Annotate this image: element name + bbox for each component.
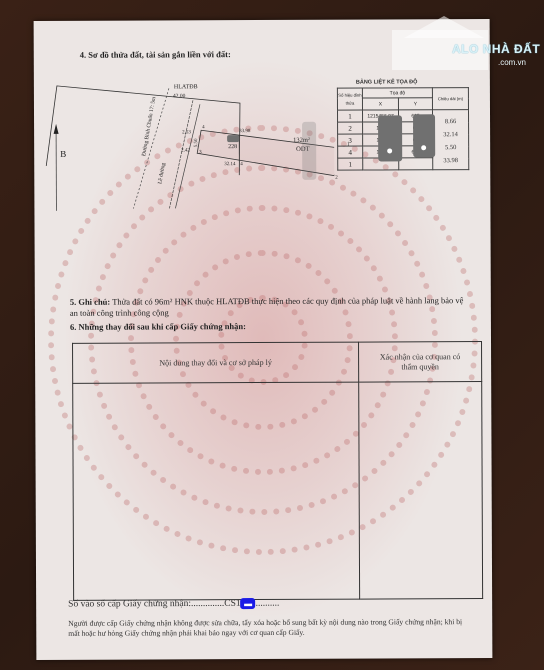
length-2: 32.14	[433, 128, 468, 141]
length-1: 8.66	[433, 115, 468, 128]
header-length: Chiều dài (m)	[432, 88, 468, 110]
redaction-shadow	[302, 122, 316, 180]
col-confirm-header: Xác nhận của cơ quan có thẩm quyền	[359, 342, 482, 383]
change-content-cell	[73, 382, 360, 600]
registry-number: Số vào sổ cấp Giấy chứng nhận:..........…	[68, 598, 279, 610]
section5-text: Thửa đất có 96m² HNK thuộc HLATĐB thực h…	[70, 295, 464, 318]
alo-nha-dat-watermark: ALO NHÀ ĐẤT .com.vn	[392, 14, 542, 74]
dim-top: 33.98	[239, 129, 250, 134]
warning-text: Người được cấp Giấy chứng nhận không đượ…	[68, 617, 463, 639]
redaction-mask	[227, 135, 239, 142]
watermark-domain: .com.vn	[498, 58, 526, 67]
certificate-page: 4. Sơ đồ thửa đất, tài sản gắn liền với …	[34, 19, 493, 660]
length-4: 33.98	[433, 154, 468, 167]
redaction-badge: ▬	[241, 598, 256, 609]
vertex-4: 4	[202, 125, 205, 130]
section6-title: 6. Những thay đổi sau khi cấp Giấy chứng…	[70, 321, 246, 332]
length-3: 5.50	[433, 141, 468, 154]
vertex-4-bottom: 4	[240, 162, 243, 167]
left-dim-2: 5.50	[194, 139, 199, 148]
registry-label: Số vào sổ cấp Giấy chứng nhận:..........…	[68, 599, 224, 610]
header-x: X	[362, 98, 398, 110]
coord-table-title: BẢNG LIỆT KÊ TỌA ĐỘ	[356, 79, 418, 85]
coord-table: Số hiệu đỉnh thửa Tọa độ Chiều dài (m) X…	[337, 87, 469, 171]
hlatdb-label: HLATĐB	[174, 84, 198, 90]
redaction-mask-y	[413, 114, 435, 157]
coord-row: 1 1215456.97 605 8.66 32.14 5.50 33.98	[338, 110, 469, 123]
vertex-3: 3	[199, 150, 202, 155]
parcel-diagram: B HLATĐB 42.00 Đường Bình Chuẩn 17: 5m L…	[34, 75, 335, 211]
section5-note: 5. Ghi chú: Thửa đất có 96m² HNK thuộc H…	[70, 295, 470, 319]
vertex-2: 2	[335, 176, 338, 181]
section5-label: 5. Ghi chú:	[70, 297, 110, 307]
section4-title: 4. Sơ đồ thửa đất, tài sản gắn liền với …	[80, 49, 231, 60]
north-label: B	[60, 149, 66, 159]
watermark-brand: ALO NHÀ ĐẤT	[452, 42, 540, 56]
header-y: Y	[398, 98, 432, 110]
left-dim-1: 2.53	[182, 130, 191, 135]
parcel-number: 228	[228, 144, 237, 150]
header-point: Số hiệu đỉnh thửa	[337, 88, 362, 110]
col-content-header: Nội dung thay đổi và cơ sở pháp lý	[73, 342, 359, 383]
left-dim-3: 2.42	[181, 148, 190, 153]
redaction-mask-x	[378, 115, 402, 161]
registry-value: CS1	[224, 599, 240, 609]
dim-bottom: 32.14	[224, 162, 235, 167]
top-length: 42.00	[173, 93, 185, 99]
change-confirm-cell	[359, 382, 483, 600]
header-coords: Tọa độ	[362, 88, 432, 98]
changes-table: Nội dung thay đổi và cơ sở pháp lý Xác n…	[72, 341, 483, 601]
